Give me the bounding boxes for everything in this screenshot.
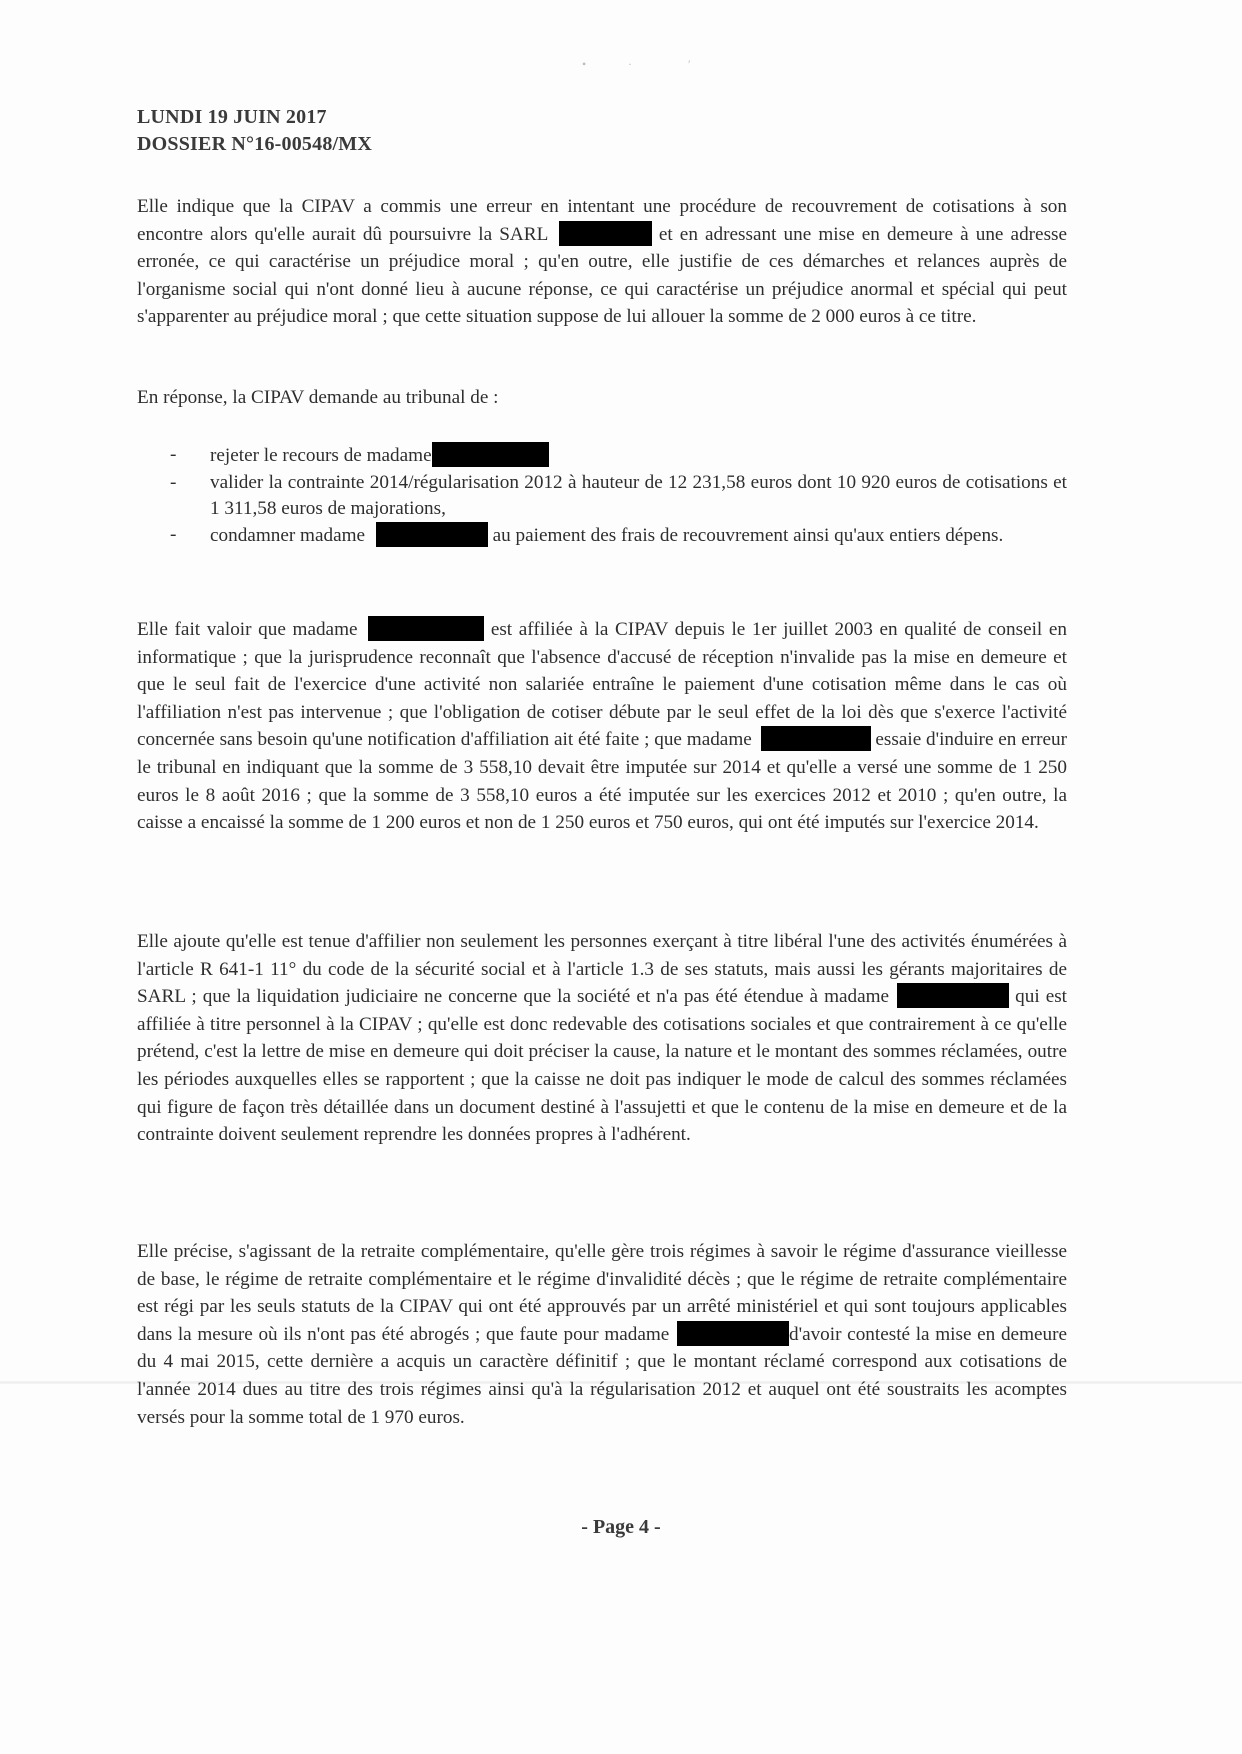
redaction-box (432, 442, 549, 467)
redaction-box (376, 522, 488, 547)
list-item: - rejeter le recours de madame (170, 442, 1067, 469)
paragraph-text: En réponse, la CIPAV demande au tribunal… (137, 384, 1067, 412)
paragraph-affiliation-obligation: Elle ajoute qu'elle est tenue d'affilier… (137, 928, 1067, 1149)
scan-artifact: • (582, 57, 586, 72)
paragraph-cipav-response-intro: En réponse, la CIPAV demande au tribunal… (137, 384, 1067, 412)
paragraph-text: qui est affiliée à titre personnel à la … (137, 986, 1067, 1145)
redaction-box (368, 616, 484, 641)
document-header: LUNDI 19 JUIN 2017 DOSSIER N°16-00548/MX (137, 104, 372, 158)
list-dash: - (170, 470, 176, 496)
paragraph-text: Elle fait valoir que madame (137, 619, 358, 640)
list-item-text: condamner madame (210, 525, 365, 546)
header-dossier-number: DOSSIER N°16-00548/MX (137, 131, 372, 158)
paragraph-complementary-retirement: Elle précise, s'agissant de la retraite … (137, 1238, 1067, 1431)
list-dash: - (170, 522, 176, 548)
header-date: LUNDI 19 JUIN 2017 (137, 104, 372, 131)
redaction-box (677, 1321, 789, 1346)
redaction-box (559, 221, 652, 246)
list-item-text: valider la contrainte 2014/régularisatio… (210, 472, 1067, 519)
scan-artifact: ′ (688, 57, 691, 72)
paragraph-claimant-argument: Elle indique que la CIPAV a commis une e… (137, 193, 1067, 331)
cipav-requests-list: - rejeter le recours de madame - valider… (170, 442, 1067, 549)
redaction-box (761, 726, 871, 751)
list-item: - condamner madame au paiement des frais… (170, 522, 1067, 549)
document-page: • · ′ LUNDI 19 JUIN 2017 DOSSIER N°16-00… (0, 0, 1242, 1754)
redaction-box (897, 983, 1009, 1008)
page-number: - Page 4 - (0, 1516, 1242, 1539)
scan-artifact: · (628, 57, 632, 72)
list-item-text: au paiement des frais de recouvrement ai… (488, 525, 1003, 546)
list-item-text: rejeter le recours de madame (210, 445, 432, 466)
paragraph-cipav-arguments: Elle fait valoir que madame est affiliée… (137, 616, 1067, 837)
list-dash: - (170, 442, 176, 468)
list-item: - valider la contrainte 2014/régularisat… (170, 470, 1067, 522)
